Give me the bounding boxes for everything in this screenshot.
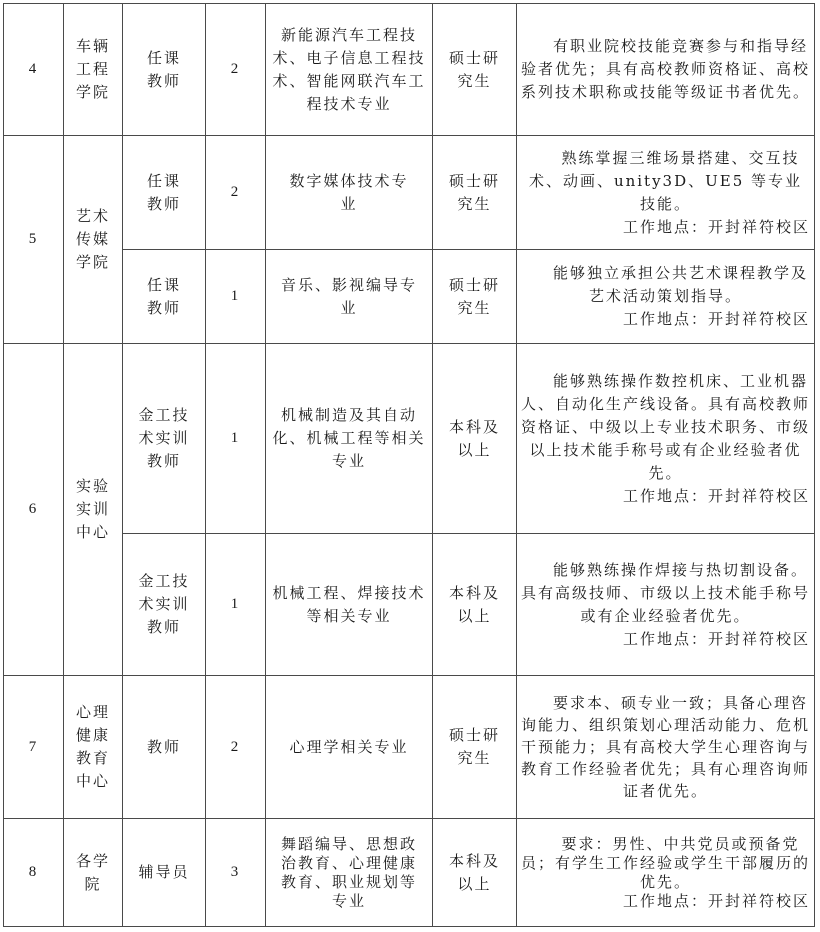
position-title-cell: 辅导员: [123, 819, 206, 927]
requirements-text: 能够熟练操作焊接与热切割设备。具有高级技师、市级以上技术能手称号或有企业经验者优…: [521, 559, 810, 628]
requirements-cell: 熟练掌握三维场景搭建、交互技术、动画、unity3D、UE5 等专业技能。 工作…: [517, 136, 815, 250]
row-index: 5: [4, 136, 64, 344]
table-row: 8 各学院 辅导员 3 舞蹈编导、思想政治教育、心理健康教育、职业规划等专业 本…: [4, 819, 815, 927]
recruitment-table: 4 车辆工程学院 任课教师 2 新能源汽车工程技术、电子信息工程技术、智能网联汽…: [3, 3, 815, 927]
major-cell: 舞蹈编导、思想政治教育、心理健康教育、职业规划等专业: [266, 819, 433, 927]
headcount-cell: 1: [206, 534, 266, 676]
requirements-cell: 要求本、硕专业一致；具备心理咨询能力、组织策划心理活动能力、危机干预能力；具有高…: [517, 676, 815, 819]
work-location: 工作地点：开封祥符校区: [521, 216, 810, 239]
major-cell: 数字媒体技术专业: [266, 136, 433, 250]
department-cell: 心理健康教育中心: [64, 676, 123, 819]
degree-cell: 硕士研究生: [433, 136, 517, 250]
requirements-text: 能够独立承担公共艺术课程教学及艺术活动策划指导。: [521, 262, 810, 308]
degree-cell: 本科及以上: [433, 344, 517, 534]
requirements-cell: 能够熟练操作焊接与热切割设备。具有高级技师、市级以上技术能手称号或有企业经验者优…: [517, 534, 815, 676]
headcount-cell: 2: [206, 676, 266, 819]
requirements-text: 熟练掌握三维场景搭建、交互技术、动画、unity3D、UE5 等专业技能。: [521, 147, 810, 216]
requirements-text: 要求本、硕专业一致；具备心理咨询能力、组织策划心理活动能力、危机干预能力；具有高…: [521, 692, 810, 802]
major-cell: 音乐、影视编导专业: [266, 250, 433, 344]
headcount-cell: 2: [206, 136, 266, 250]
department-cell: 艺术传媒学院: [64, 136, 123, 344]
row-index: 7: [4, 676, 64, 819]
requirements-cell: 能够熟练操作数控机床、工业机器人、自动化生产线设备。具有高校教师资格证、中级以上…: [517, 344, 815, 534]
row-index: 6: [4, 344, 64, 676]
major-cell: 心理学相关专业: [266, 676, 433, 819]
work-location: 工作地点：开封祥符校区: [521, 628, 810, 651]
degree-cell: 硕士研究生: [433, 250, 517, 344]
position-title-cell: 任课教师: [123, 4, 206, 136]
department-cell: 实验实训中心: [64, 344, 123, 676]
requirements-cell: 能够独立承担公共艺术课程教学及艺术活动策划指导。 工作地点：开封祥符校区: [517, 250, 815, 344]
work-location: 工作地点：开封祥符校区: [521, 892, 810, 911]
table-row: 5 艺术传媒学院 任课教师 2 数字媒体技术专业 硕士研究生 熟练掌握三维场景搭…: [4, 136, 815, 250]
table-row: 任课教师 1 音乐、影视编导专业 硕士研究生 能够独立承担公共艺术课程教学及艺术…: [4, 250, 815, 344]
table-row: 金工技术实训教师 1 机械工程、焊接技术等相关专业 本科及以上 能够熟练操作焊接…: [4, 534, 815, 676]
table-row: 6 实验实训中心 金工技术实训教师 1 机械制造及其自动化、机械工程等相关专业 …: [4, 344, 815, 534]
requirements-text: 要求：男性、中共党员或预备党员；有学生工作经验或学生干部履历的优先。: [521, 835, 810, 892]
position-title-cell: 金工技术实训教师: [123, 534, 206, 676]
requirements-text: 能够熟练操作数控机床、工业机器人、自动化生产线设备。具有高校教师资格证、中级以上…: [521, 370, 810, 485]
department-cell: 各学院: [64, 819, 123, 927]
position-title-cell: 任课教师: [123, 136, 206, 250]
requirements-text: 有职业院校技能竞赛参与和指导经验者优先；具有高校教师资格证、高校系列技术职称或技…: [521, 35, 810, 104]
row-index: 8: [4, 819, 64, 927]
degree-cell: 本科及以上: [433, 819, 517, 927]
headcount-cell: 3: [206, 819, 266, 927]
degree-cell: 本科及以上: [433, 534, 517, 676]
requirements-cell: 有职业院校技能竞赛参与和指导经验者优先；具有高校教师资格证、高校系列技术职称或技…: [517, 4, 815, 136]
position-title-cell: 任课教师: [123, 250, 206, 344]
work-location: 工作地点：开封祥符校区: [521, 485, 810, 508]
department-cell: 车辆工程学院: [64, 4, 123, 136]
headcount-cell: 2: [206, 4, 266, 136]
major-cell: 机械工程、焊接技术等相关专业: [266, 534, 433, 676]
table-row: 4 车辆工程学院 任课教师 2 新能源汽车工程技术、电子信息工程技术、智能网联汽…: [4, 4, 815, 136]
major-cell: 机械制造及其自动化、机械工程等相关专业: [266, 344, 433, 534]
table-row: 7 心理健康教育中心 教师 2 心理学相关专业 硕士研究生 要求本、硕专业一致；…: [4, 676, 815, 819]
headcount-cell: 1: [206, 250, 266, 344]
position-title-cell: 教师: [123, 676, 206, 819]
work-location: 工作地点：开封祥符校区: [521, 308, 810, 331]
row-index: 4: [4, 4, 64, 136]
position-title-cell: 金工技术实训教师: [123, 344, 206, 534]
degree-cell: 硕士研究生: [433, 676, 517, 819]
requirements-cell: 要求：男性、中共党员或预备党员；有学生工作经验或学生干部履历的优先。 工作地点：…: [517, 819, 815, 927]
major-cell: 新能源汽车工程技术、电子信息工程技术、智能网联汽车工程技术专业: [266, 4, 433, 136]
headcount-cell: 1: [206, 344, 266, 534]
degree-cell: 硕士研究生: [433, 4, 517, 136]
